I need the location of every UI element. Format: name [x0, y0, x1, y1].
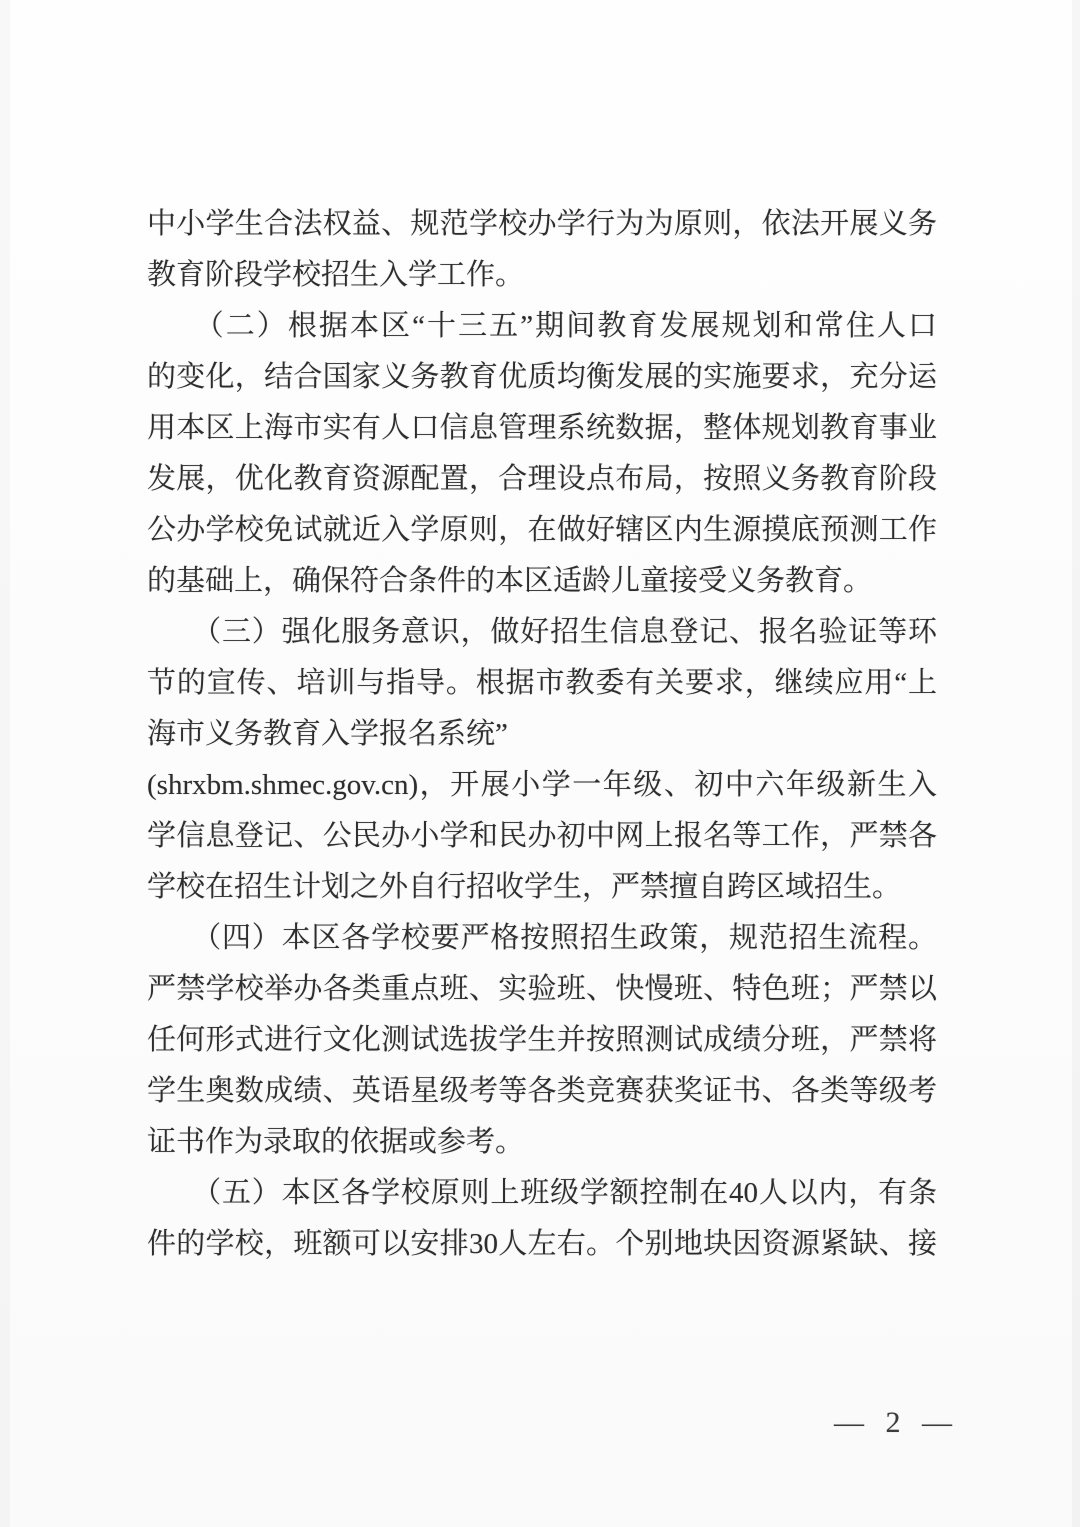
text-line-6: 发展，优化教育资源配置，合理设点布局，按照义务教育阶段 — [147, 454, 937, 505]
text-line-9: （三）强化服务意识，做好招生信息登记、报名验证等环 — [147, 607, 937, 658]
text-line-17: 任何形式进行文化测试选拔学生并按照测试成绩分班，严禁将 — [147, 1015, 937, 1066]
document-page: 中小学生合法权益、规范学校办学行为为原则，依法开展义务 教育阶段学校招生入学工作… — [0, 0, 1080, 1527]
text-line-7: 公办学校免试就近入学原则，在做好辖区内生源摸底预测工作 — [147, 505, 937, 556]
text-line-12: (shrxbm.shmec.gov.cn)，开展小学一年级、初中六年级新生入 — [147, 760, 937, 811]
text-line-2: 教育阶段学校招生入学工作。 — [147, 250, 937, 301]
text-line-3: （二）根据本区“十三五”期间教育发展规划和常住人口 — [147, 301, 937, 352]
text-line-1: 中小学生合法权益、规范学校办学行为为原则，依法开展义务 — [147, 199, 937, 250]
text-line-15: （四）本区各学校要严格按照招生政策，规范招生流程。 — [147, 913, 937, 964]
body-text: 中小学生合法权益、规范学校办学行为为原则，依法开展义务 教育阶段学校招生入学工作… — [147, 199, 937, 1270]
text-line-10: 节的宣传、培训与指导。根据市教委有关要求，继续应用“上 — [147, 658, 937, 709]
text-line-18: 学生奥数成绩、英语星级考等各类竞赛获奖证书、各类等级考 — [147, 1066, 937, 1117]
text-line-14: 学校在招生计划之外自行招收学生，严禁擅自跨区域招生。 — [147, 862, 937, 913]
text-line-21: 件的学校，班额可以安排30人左右。个别地块因资源紧缺、接 — [147, 1219, 937, 1270]
text-line-8: 的基础上，确保符合条件的本区适龄儿童接受义务教育。 — [147, 556, 937, 607]
text-line-16: 严禁学校举办各类重点班、实验班、快慢班、特色班；严禁以 — [147, 964, 937, 1015]
text-line-4: 的变化，结合国家义务教育优质均衡发展的实施要求，充分运 — [147, 352, 937, 403]
page-number: — 2 — — [818, 1399, 968, 1447]
text-line-20: （五）本区各学校原则上班级学额控制在40人以内，有条 — [147, 1168, 937, 1219]
text-line-5: 用本区上海市实有人口信息管理系统数据，整体规划教育事业 — [147, 403, 937, 454]
text-line-11: 海市义务教育入学报名系统” — [147, 709, 937, 760]
text-line-13: 学信息登记、公民办小学和民办初中网上报名等工作，严禁各 — [147, 811, 937, 862]
text-line-19: 证书作为录取的依据或参考。 — [147, 1117, 937, 1168]
